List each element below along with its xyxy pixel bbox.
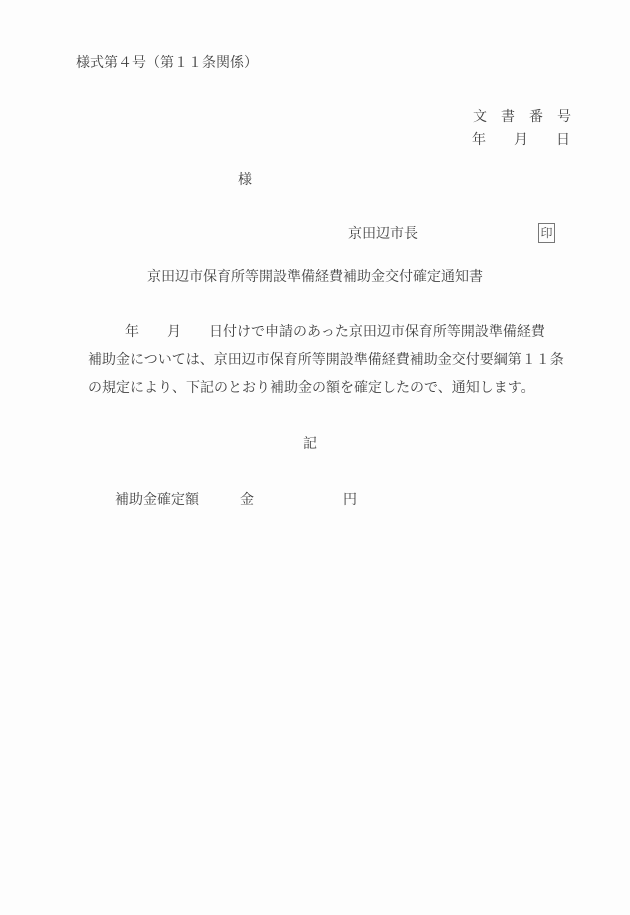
amount-currency-prefix: 金 <box>240 492 254 510</box>
amount-label: 補助金確定額 <box>115 492 199 510</box>
document-page: 様式第４号（第１１条関係） 文 書 番 号 年 月 日 様 京田辺市長 印 京田… <box>0 0 630 915</box>
amount-currency-suffix: 円 <box>343 492 357 510</box>
body-line: の規定により、下記のとおり補助金の額を確定したので、通知します。 <box>88 380 535 398</box>
document-title: 京田辺市保育所等開設準備経費補助金交付確定通知書 <box>0 269 630 287</box>
form-number: 様式第４号（第１１条関係） <box>76 55 258 73</box>
seal-stamp-box: 印 <box>538 223 555 243</box>
body-line: 補助金については、京田辺市保育所等開設準備経費補助金交付要綱第１１条 <box>88 352 564 370</box>
doc-number-label: 文 書 番 号 <box>473 109 571 127</box>
date-line: 年 月 日 <box>472 132 570 150</box>
sender-title: 京田辺市長 <box>348 226 418 244</box>
note-marker: 記 <box>303 436 317 454</box>
addressee-suffix: 様 <box>238 172 252 190</box>
seal-label: 印 <box>540 227 552 239</box>
body-line: 年 月 日付けで申請のあった京田辺市保育所等開設準備経費 <box>125 324 545 342</box>
